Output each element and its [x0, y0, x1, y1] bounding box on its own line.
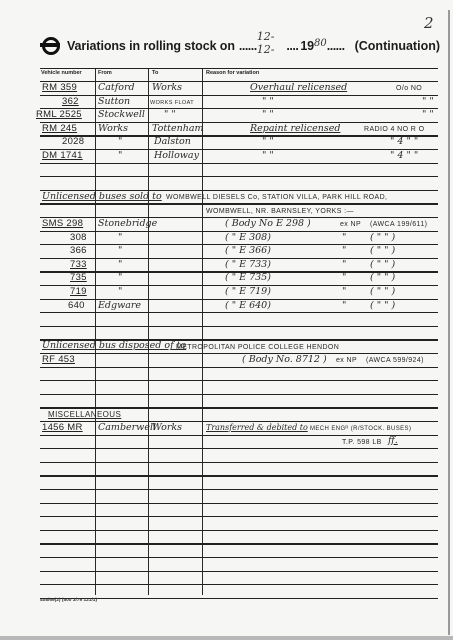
body-number-cell: ( " E 366)	[225, 245, 271, 257]
row-rule	[40, 530, 438, 531]
vehicle-number-cell: 366	[70, 245, 87, 257]
from-cell: "	[118, 232, 122, 244]
ex-cell: "	[342, 272, 346, 284]
row-rule	[40, 203, 438, 204]
to-cell: WORKS FLOAT	[150, 97, 194, 109]
to-cell: Dalston	[154, 136, 191, 148]
initials: ff.	[388, 435, 398, 447]
reason-cell: " "	[262, 96, 274, 108]
from-cell: Catford	[98, 82, 135, 94]
vehicle-number-cell: RM 359	[42, 82, 77, 94]
to-cell: Tottenham	[152, 123, 204, 135]
to-cell: Works	[152, 422, 182, 434]
buyer-address-line-1: WOMBWELL DIESELS Co, STATION VILLA, PARK…	[166, 192, 387, 204]
vehicle-number-cell: 308	[70, 232, 87, 244]
row-rule	[40, 271, 438, 272]
body-number-cell: ( " E 640)	[225, 300, 271, 312]
vehicle-number-cell: RM 245	[42, 123, 77, 135]
row-rule	[40, 135, 438, 136]
row-rule	[40, 231, 438, 232]
row-rule	[40, 190, 438, 191]
to-cell: Works	[152, 82, 182, 94]
column-header-to: To	[152, 70, 158, 76]
row-rule	[40, 326, 438, 327]
awca-ref-cell: ( " " )	[370, 232, 395, 244]
vehicle-number-cell: 719	[70, 286, 87, 298]
title-date: 12-12-	[257, 30, 287, 56]
row-rule	[40, 489, 438, 490]
note-cell: RADIO 4 NO R O	[364, 124, 424, 136]
reason-cell: Overhaul relicensed	[250, 82, 347, 94]
row-rule	[40, 435, 438, 436]
row-rule	[40, 95, 438, 96]
row-rule	[40, 163, 438, 164]
reason-cell: " "	[262, 109, 274, 121]
row-rule	[40, 598, 438, 599]
awca-ref-cell: ( " " )	[370, 272, 395, 284]
vehicle-number-cell: 735	[70, 272, 87, 284]
body-number-cell: ( Body No E 298 )	[225, 218, 311, 230]
row-rule	[40, 258, 438, 259]
scan-bottom-edge	[0, 636, 453, 640]
buyer-address-line-2: WOMBWELL, NR. BARNSLEY, YORKS :—	[206, 206, 354, 218]
from-cell: "	[118, 272, 122, 284]
row-rule	[40, 394, 438, 395]
body-number-cell: ( " E 735)	[225, 272, 271, 284]
note-cell: " "	[422, 96, 434, 108]
vehicle-number-cell: 640	[68, 300, 85, 312]
vehicle-number-cell: 2028	[62, 136, 84, 148]
awca-ref-cell: ( " " )	[370, 300, 395, 312]
row-rule	[40, 475, 438, 476]
row-rule	[40, 339, 438, 340]
row-rule	[40, 176, 438, 177]
section-heading-sold: Unlicensed buses sold to	[42, 191, 162, 203]
ex-cell: "	[342, 245, 346, 257]
reason-cell: Repaint relicensed	[250, 123, 340, 135]
row-rule	[40, 516, 438, 517]
from-cell: "	[118, 259, 122, 271]
from-cell: Sutton	[98, 96, 130, 108]
row-rule	[40, 81, 438, 82]
from-cell: Stockwell	[98, 109, 145, 121]
row-rule	[40, 380, 438, 381]
title-continuation: (Continuation)	[355, 39, 440, 53]
row-rule	[40, 312, 438, 313]
row-rule	[40, 503, 438, 504]
row-rule	[40, 149, 438, 150]
title-dots: ....	[286, 39, 298, 53]
ex-cell: "	[342, 286, 346, 298]
reason-cell: Transferred & debited to	[206, 422, 308, 434]
scan-edge	[448, 10, 450, 635]
reason-cell: " "	[262, 136, 274, 148]
note-cell: O/o NO	[396, 83, 422, 95]
from-cell: Edgware	[98, 300, 141, 312]
reason-cell: " "	[262, 150, 274, 162]
to-cell: Holloway	[154, 150, 199, 162]
body-number-cell: ( " E 733)	[225, 259, 271, 271]
ex-cell: ex NP	[340, 219, 361, 231]
title-dots: ......	[327, 39, 345, 53]
vehicle-number-cell: RML 2525	[36, 109, 82, 121]
vehicle-number-cell: RF 453	[42, 354, 75, 366]
row-rule	[40, 543, 438, 544]
awca-ref-cell: ( " " )	[370, 259, 395, 271]
vehicle-number-cell: 362	[62, 96, 79, 108]
note-cell: " 4 " "	[390, 136, 418, 148]
vehicle-number-cell: SMS 298	[42, 218, 83, 230]
row-rule	[40, 108, 438, 109]
from-cell: "	[118, 286, 122, 298]
row-rule	[40, 68, 438, 69]
note-cell: " 4 " "	[390, 150, 418, 162]
row-rule	[40, 244, 438, 245]
title-year-suffix: 80	[314, 38, 327, 49]
row-rule	[40, 557, 438, 558]
from-cell: Works	[98, 123, 128, 135]
column-header-reason: Reason for variation	[206, 70, 259, 76]
form-title: Variations in rolling stock on ...... 12…	[40, 34, 440, 58]
ex-cell: "	[342, 232, 346, 244]
title-year-prefix: 19	[300, 39, 314, 53]
row-rule	[40, 448, 438, 449]
row-rule	[40, 285, 438, 286]
body-number-cell: ( " E 308)	[225, 232, 271, 244]
title-prefix: Variations in rolling stock on	[67, 39, 235, 53]
note-cell: " "	[422, 109, 434, 121]
section-heading-disposed: Unlicensed bus disposed of to	[42, 340, 186, 352]
reason-caps-cell: MECH ENGᴿ (R/STOCK. BUSES)	[310, 423, 411, 435]
row-rule	[40, 407, 438, 408]
to-cell: " "	[164, 109, 176, 121]
from-cell: "	[118, 136, 122, 148]
variations-table: Vehicle number From To Reason for variat…	[40, 68, 438, 595]
from-cell: "	[118, 245, 122, 257]
awca-ref-cell: ( " " )	[370, 245, 395, 257]
body-number-cell: ( Body No. 8712 )	[242, 354, 327, 366]
page-number: 2	[424, 14, 434, 32]
section-heading-miscellaneous: MISCELLANEOUS	[48, 409, 121, 421]
column-header-vehicle-number: Vehicle number	[41, 70, 82, 76]
ex-cell: "	[342, 300, 346, 312]
row-rule	[40, 299, 438, 300]
column-header-from: From	[98, 70, 112, 76]
row-rule	[40, 584, 438, 585]
from-cell: Camberwell	[98, 422, 156, 434]
row-rule	[40, 353, 438, 354]
title-dots: ......	[239, 39, 257, 53]
vehicle-number-cell: 1456 MR	[42, 422, 83, 434]
awca-ref-cell: ( " " )	[370, 286, 395, 298]
vehicle-number-cell: 733	[70, 259, 87, 271]
row-rule	[40, 217, 438, 218]
row-rule	[40, 421, 438, 422]
row-rule	[40, 571, 438, 572]
body-number-cell: ( " E 719)	[225, 286, 271, 298]
row-rule	[40, 122, 438, 123]
ex-cell: ex NP	[336, 355, 357, 367]
london-transport-roundel-icon	[40, 36, 60, 56]
row-rule	[40, 367, 438, 368]
row-rule	[40, 462, 438, 463]
vehicle-number-cell: DM 1741	[42, 150, 83, 162]
from-cell: Stonebridge	[98, 218, 157, 230]
form-reference: 408/69(2) (500 3/79 121/1)	[40, 598, 97, 603]
from-cell: "	[118, 150, 122, 162]
tp-reference: T.P. 598 LB	[342, 437, 382, 449]
awca-ref-cell: (AWCA 199/611)	[370, 219, 427, 231]
ex-cell: "	[342, 259, 346, 271]
awca-ref-cell: (AWCA 599/924)	[366, 355, 424, 367]
